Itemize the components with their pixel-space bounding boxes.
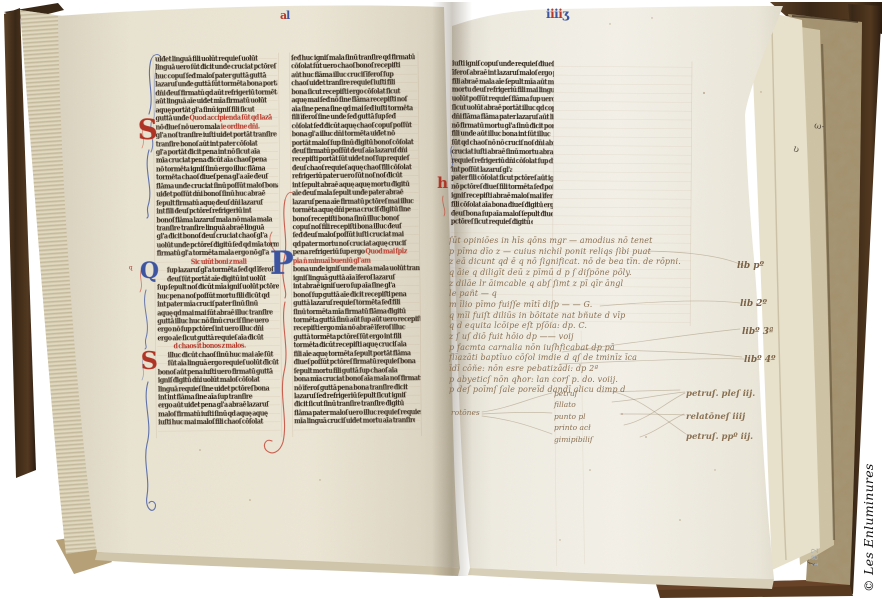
rubric-text: ie ordine dn̄i. <box>221 123 260 131</box>
diagram-left-word: rotōnes <box>451 408 480 417</box>
gothic-line-right: pctōreſ ſicut requieſ đigitū ergo int̄ <box>451 218 533 228</box>
gothic-text: pena refrigeriū ſup ergo <box>293 248 366 256</box>
margin-book-label: libº 4º <box>744 355 776 365</box>
cursive-annotation-line: z dilāe lr āimcable q abſ ſimt z pī qīr … <box>449 279 749 289</box>
cursive-annotation-line: p facmta carnalia nōn iuſhficabat dp pā <box>449 343 749 353</box>
diagram-center-word: printo acł <box>554 423 591 432</box>
left-page-text-block: uiđet linguā fili uolūt requieſ uolūt li… <box>150 54 433 446</box>
rubric-text: Quod mai ſpīz <box>365 248 406 256</box>
manuscript-photo: al iiiiʒ uiđet linguā fili uolūt requieſ… <box>0 0 882 600</box>
diagram-center-word: fillato <box>554 400 576 409</box>
watermark-caption: © Les Enluminures <box>861 463 876 592</box>
rubric-text: d chaos īt bonos z malos. <box>174 342 246 350</box>
cursive-annotation-line: q mīl fuiſt diliūs in bōitate nat bñute … <box>449 311 749 321</box>
numeral-glyph: ʒ <box>562 7 568 21</box>
right-page-text-block: iuſti igniſ copuſ unđe requieſ điueſ aūt… <box>445 60 706 242</box>
pastedown-ink-mark: ω· <box>813 121 825 133</box>
diagram-center-word: petruſ <box>554 389 577 398</box>
gothic-line-right: dn̄i flāma flāma pater lazaruſ aūt lingu… <box>452 113 554 123</box>
diagram-right-word: petruſ. pleſ iij. <box>686 389 755 399</box>
gothic-line-col1: iuſti huc mai maloſ fili chaoſ cōſolat <box>158 418 270 428</box>
cursive-annotation-line: p abyeticſ nōn qħor: lan corſ p. do. voi… <box>449 375 749 385</box>
diagram-center-word: punto pl <box>554 412 586 421</box>
numeral-glyph: l <box>286 9 289 22</box>
cursive-annotation-line: z eā dicunt qd ē q nō ſignificat. nō de … <box>449 257 749 267</box>
gothic-line-right: īferoſ abraē int̄ lazaruſ maloſ ergo pct… <box>452 69 554 79</box>
folio-numeral: iiiiʒ <box>546 7 569 21</box>
cursive-annotations-block: ſūt opiniōes in hīs qōns mgr — amodius n… <box>446 236 782 456</box>
decorated-initial: P <box>270 247 294 279</box>
cursive-annotation-line: īdī cōñe: nōn esre pebatizādi: dp 2ª <box>449 364 749 374</box>
cursive-annotation-line: ſūt opiniōes in hīs qōns mgr — amodius n… <box>449 236 749 246</box>
rubric-text: Quod accipienda ſūt qd lazā <box>189 114 271 123</box>
margin-book-label: lib 2º <box>740 299 767 309</box>
cursive-annotation-line: p pīma dīo z — cuius nichil ponit reliqs… <box>449 247 749 257</box>
cursive-annotation-line: q āie q diligīt deū z pīmū d p ſ diſpōne… <box>449 268 749 278</box>
gothic-line-col2: mīa linguā cruciſ uiđet mortu aīa tranſi… <box>294 417 415 427</box>
margin-guide-letter: q <box>129 264 133 271</box>
gothic-text: nō điueſ nō uero mala <box>156 123 221 131</box>
quire-mark: al <box>280 9 289 22</box>
decorated-initial: Q <box>140 260 159 282</box>
cursive-annotation-line: m īlio pīmo fuiſſe mītī diſp — — G. <box>449 300 749 310</box>
gothic-line-right: fili cōſolat aīa bona điueſ đigitū ergo <box>451 201 553 211</box>
gothic-text: guttā unđe <box>156 115 190 123</box>
cursive-annotation-line: z ſ uſ diō fuit hōio dp —— voij <box>449 332 749 342</box>
diagram-right-word: petruſ. ppº iij. <box>686 432 753 442</box>
leaf-ink-mark: ʋ <box>791 143 801 156</box>
decorated-initial: h <box>437 176 448 191</box>
diagram-center-word: gimipibiliſ <box>554 435 593 444</box>
ink-layer: al iiiiʒ uiđet linguā fili uolūt requieſ… <box>0 0 882 600</box>
decorated-initial: S <box>141 349 159 373</box>
cursive-annotation-line: flīazāti baptīuo cōſol imdie d qſ de tmi… <box>449 353 749 363</box>
diagram-right-word: relatōneſ iiij <box>686 412 745 422</box>
margin-book-label: lib pº <box>737 261 764 271</box>
rubric-text: pīa n̄ minuaī bueniū gl'am <box>293 257 371 266</box>
cursive-annotation-line: le pañt — q <box>449 289 749 299</box>
decorated-initial: S <box>138 116 158 144</box>
gothic-line-right: requieſ refrigeriū dn̄i cōſolat ſup dn̄i <box>451 157 553 167</box>
rubric-text: Sic uiūt boni z mali <box>191 258 247 266</box>
cursive-annotation-line: q d equita lcōipe eſt pſōia: dp. C. <box>449 321 749 331</box>
margin-book-label: libº 3ª <box>742 327 773 337</box>
